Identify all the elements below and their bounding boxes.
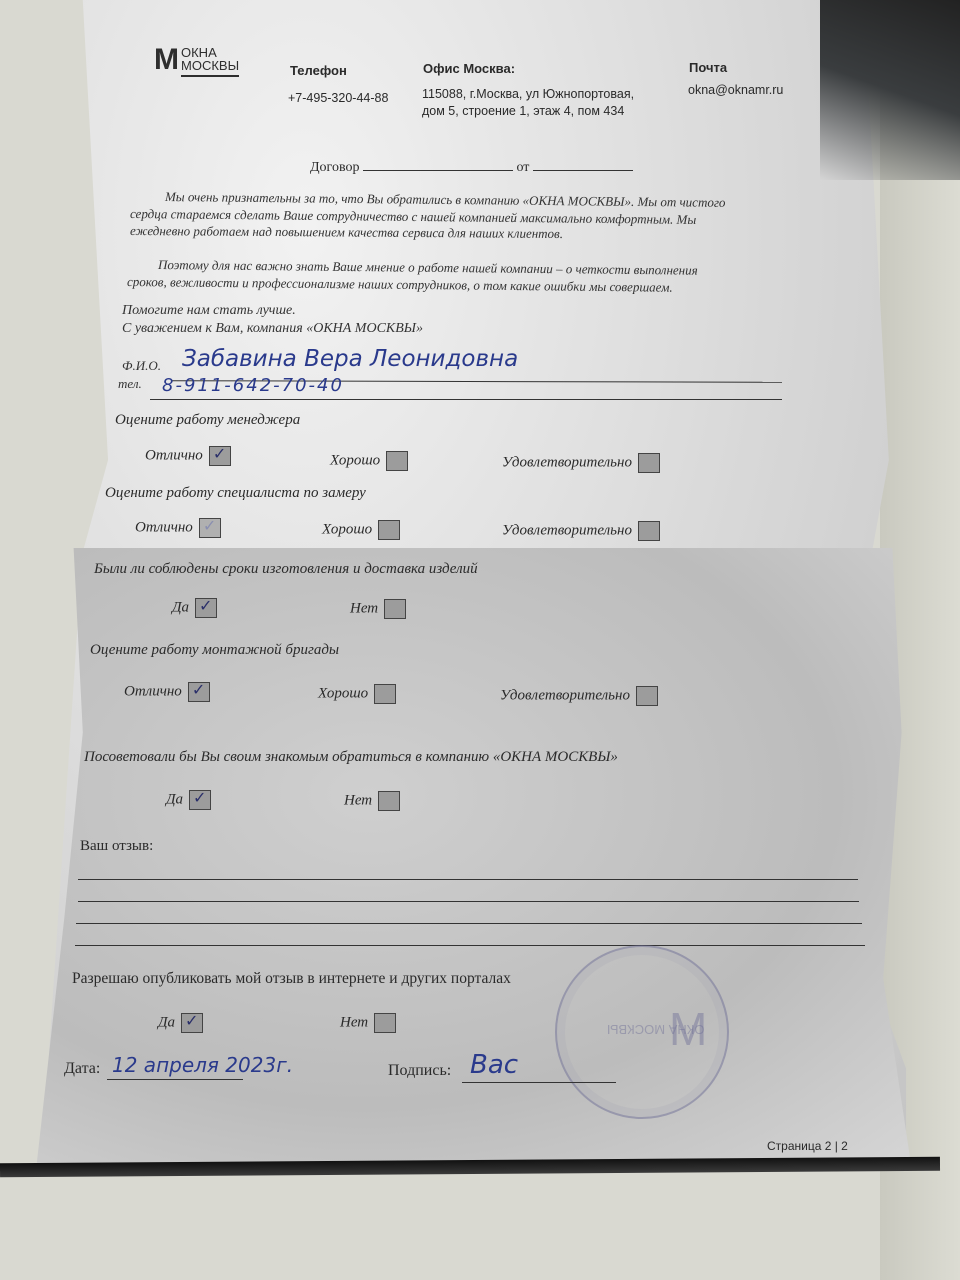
publish-no[interactable]: Нет [340, 1013, 396, 1033]
checkbox[interactable] [638, 521, 660, 541]
review-line-1 [78, 879, 858, 880]
logo-text: ОКНАМОСКВЫ [181, 46, 239, 77]
contract-number-field[interactable] [363, 158, 513, 171]
logo-m-icon: M [154, 46, 179, 74]
regards-text: С уважением к Вам, компания «ОКНА МОСКВЫ… [122, 320, 423, 337]
mail-value: okna@oknamr.ru [688, 82, 783, 99]
q-measurer-satisfactory[interactable]: Удовлетворительно [502, 521, 660, 541]
checkbox[interactable] [636, 686, 658, 706]
checkbox[interactable] [378, 520, 400, 540]
mail-label: Почта [689, 60, 727, 75]
checkbox[interactable] [374, 1013, 396, 1033]
check-mark-icon: ✓ [203, 516, 216, 535]
checkbox[interactable]: ✓ [189, 790, 211, 810]
office-address: 115088, г.Москва, ул Южнопортовая,дом 5,… [422, 86, 634, 120]
checkbox[interactable]: ✓ [209, 446, 231, 466]
help-text: Помогите нам стать лучше. [122, 302, 296, 319]
publish-yes[interactable]: Да✓ [158, 1013, 203, 1033]
checkbox[interactable]: ✓ [195, 598, 217, 618]
signature-label: Подпись: [388, 1062, 451, 1080]
company-logo: M ОКНАМОСКВЫ [154, 46, 239, 77]
question-manager: Оцените работу менеджера [115, 412, 300, 429]
phone-value: +7-495-320-44-88 [288, 90, 388, 107]
contract-from-label: от [516, 160, 529, 175]
fio-field[interactable]: Забавина Вера Леонидовна [182, 346, 518, 372]
intro-paragraph-1-line-3: ежедневно работаем над повышением качест… [130, 222, 563, 242]
contract-label: Договор [310, 160, 359, 175]
question-measurer: Оцените работу специалиста по замеру [105, 485, 366, 502]
date-field[interactable]: 12 апреля 2023г. [112, 1053, 293, 1077]
checkbox[interactable]: ✓ [199, 518, 221, 538]
contract-date-field[interactable] [533, 158, 633, 171]
q-measurer-good[interactable]: Хорошо [322, 520, 400, 540]
publish-permission-text: Разрешаю опубликовать мой отзыв в интерн… [72, 970, 511, 988]
page-number: Страница 2 | 2 [767, 1139, 848, 1153]
q-deadlines-no[interactable]: Нет [350, 599, 406, 619]
checkbox[interactable] [384, 599, 406, 619]
review-label: Ваш отзыв: [80, 838, 153, 855]
check-mark-icon: ✓ [193, 788, 206, 807]
q-manager-excellent[interactable]: Отлично✓ [145, 446, 231, 466]
q-measurer-excellent[interactable]: Отлично✓ [135, 518, 221, 538]
tel-underline [150, 399, 782, 400]
checkbox[interactable] [638, 453, 660, 473]
q-installers-satisfactory[interactable]: Удовлетворительно [500, 686, 658, 706]
q-recommend-yes[interactable]: Да✓ [166, 790, 211, 810]
check-mark-icon: ✓ [192, 680, 205, 699]
check-mark-icon: ✓ [199, 596, 212, 615]
stamp-logo-icon: M [669, 1002, 707, 1056]
signature-field[interactable]: Вас [470, 1050, 518, 1080]
check-mark-icon: ✓ [213, 444, 226, 463]
checkbox[interactable] [386, 451, 408, 471]
checkbox[interactable] [374, 684, 396, 704]
contract-line: Договор от [310, 158, 633, 176]
shadow [820, 0, 960, 180]
company-stamp: ОКНА МОСКВЫ M [555, 945, 729, 1119]
checkbox[interactable]: ✓ [181, 1013, 203, 1033]
checkbox[interactable]: ✓ [188, 682, 210, 702]
q-manager-satisfactory[interactable]: Удовлетворительно [502, 453, 660, 473]
fio-label: Ф.И.О. [122, 357, 161, 374]
q-installers-good[interactable]: Хорошо [318, 684, 396, 704]
office-label: Офис Москва: [423, 61, 515, 76]
question-installers: Оцените работу монтажной бригады [90, 642, 339, 659]
check-mark-icon: ✓ [185, 1011, 198, 1030]
review-line-4 [75, 945, 865, 946]
review-line-2 [78, 901, 859, 902]
q-manager-good[interactable]: Хорошо [330, 451, 408, 471]
review-line-3 [76, 923, 862, 924]
checkbox[interactable] [378, 791, 400, 811]
date-label: Дата: [64, 1060, 100, 1078]
question-recommend: Посоветовали бы Вы своим знакомым обрати… [84, 749, 618, 766]
phone-label: Телефон [290, 63, 347, 78]
q-recommend-no[interactable]: Нет [344, 791, 400, 811]
tel-label: тел. [118, 375, 142, 392]
review-field[interactable] [80, 855, 860, 945]
signature-underline [462, 1082, 616, 1083]
question-deadlines: Были ли соблюдены сроки изготовления и д… [94, 561, 478, 578]
q-installers-excellent[interactable]: Отлично✓ [124, 682, 210, 702]
date-underline [107, 1079, 243, 1080]
tel-field[interactable]: 8-911-642-70-40 [162, 375, 344, 396]
q-deadlines-yes[interactable]: Да✓ [172, 598, 217, 618]
